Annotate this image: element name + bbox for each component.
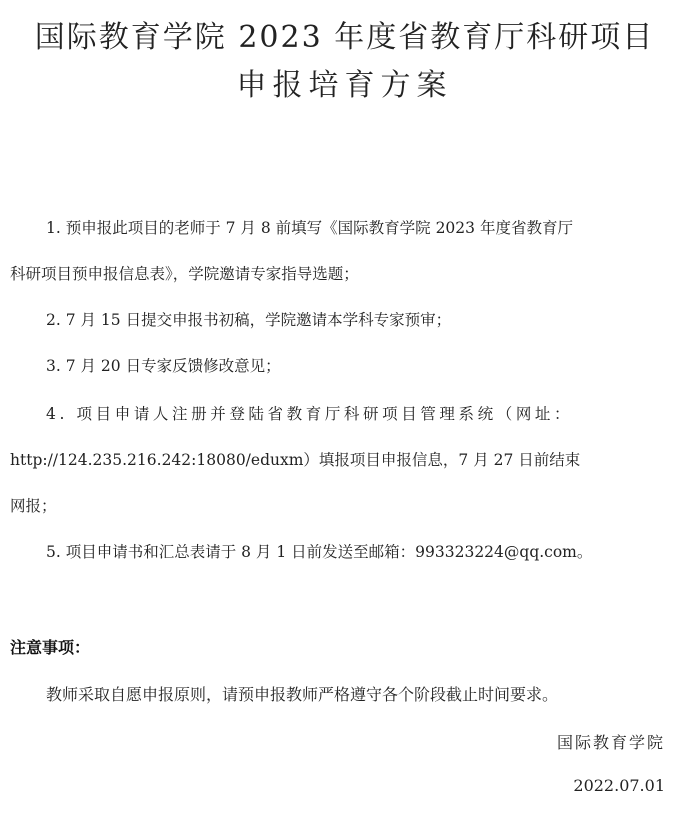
item-1-line-2: 科研项目预申报信息表》，学院邀请专家指导选题； — [10, 262, 359, 284]
item-4-line-2: http://124.235.216.242:18080/eduxm）填报项目申… — [10, 448, 580, 470]
document-title-line-1: 国际教育学院 2023 年度省教育厅科研项目 — [0, 12, 689, 56]
item-5-line-1: 5. 项目申请书和汇总表请于 8 月 1 日前发送至邮箱：993323224@q… — [46, 540, 592, 562]
item-2-line-1: 2. 7 月 15 日提交申报书初稿，学院邀请本学科专家预审； — [46, 308, 451, 330]
signature-organization: 国际教育学院 — [557, 730, 665, 753]
notes-body: 教师采取自愿申报原则，请预申报教师严格遵守各个阶段截止时间要求。 — [46, 682, 558, 705]
item-4-line-1: 4. 项目申请人注册并登陆省教育厅科研项目管理系统（网址： — [46, 402, 573, 424]
item-4-line-3: 网报； — [10, 494, 57, 516]
item-1-line-1: 1. 预申报此项目的老师于 7 月 8 前填写《国际教育学院 2023 年度省教… — [46, 216, 666, 238]
notes-heading: 注意事项： — [10, 635, 90, 658]
signature-date: 2022.07.01 — [573, 776, 665, 795]
item-3-line-1: 3. 7 月 20 日专家反馈修改意见； — [46, 354, 281, 376]
document-title-line-2: 申报培育方案 — [0, 60, 689, 104]
